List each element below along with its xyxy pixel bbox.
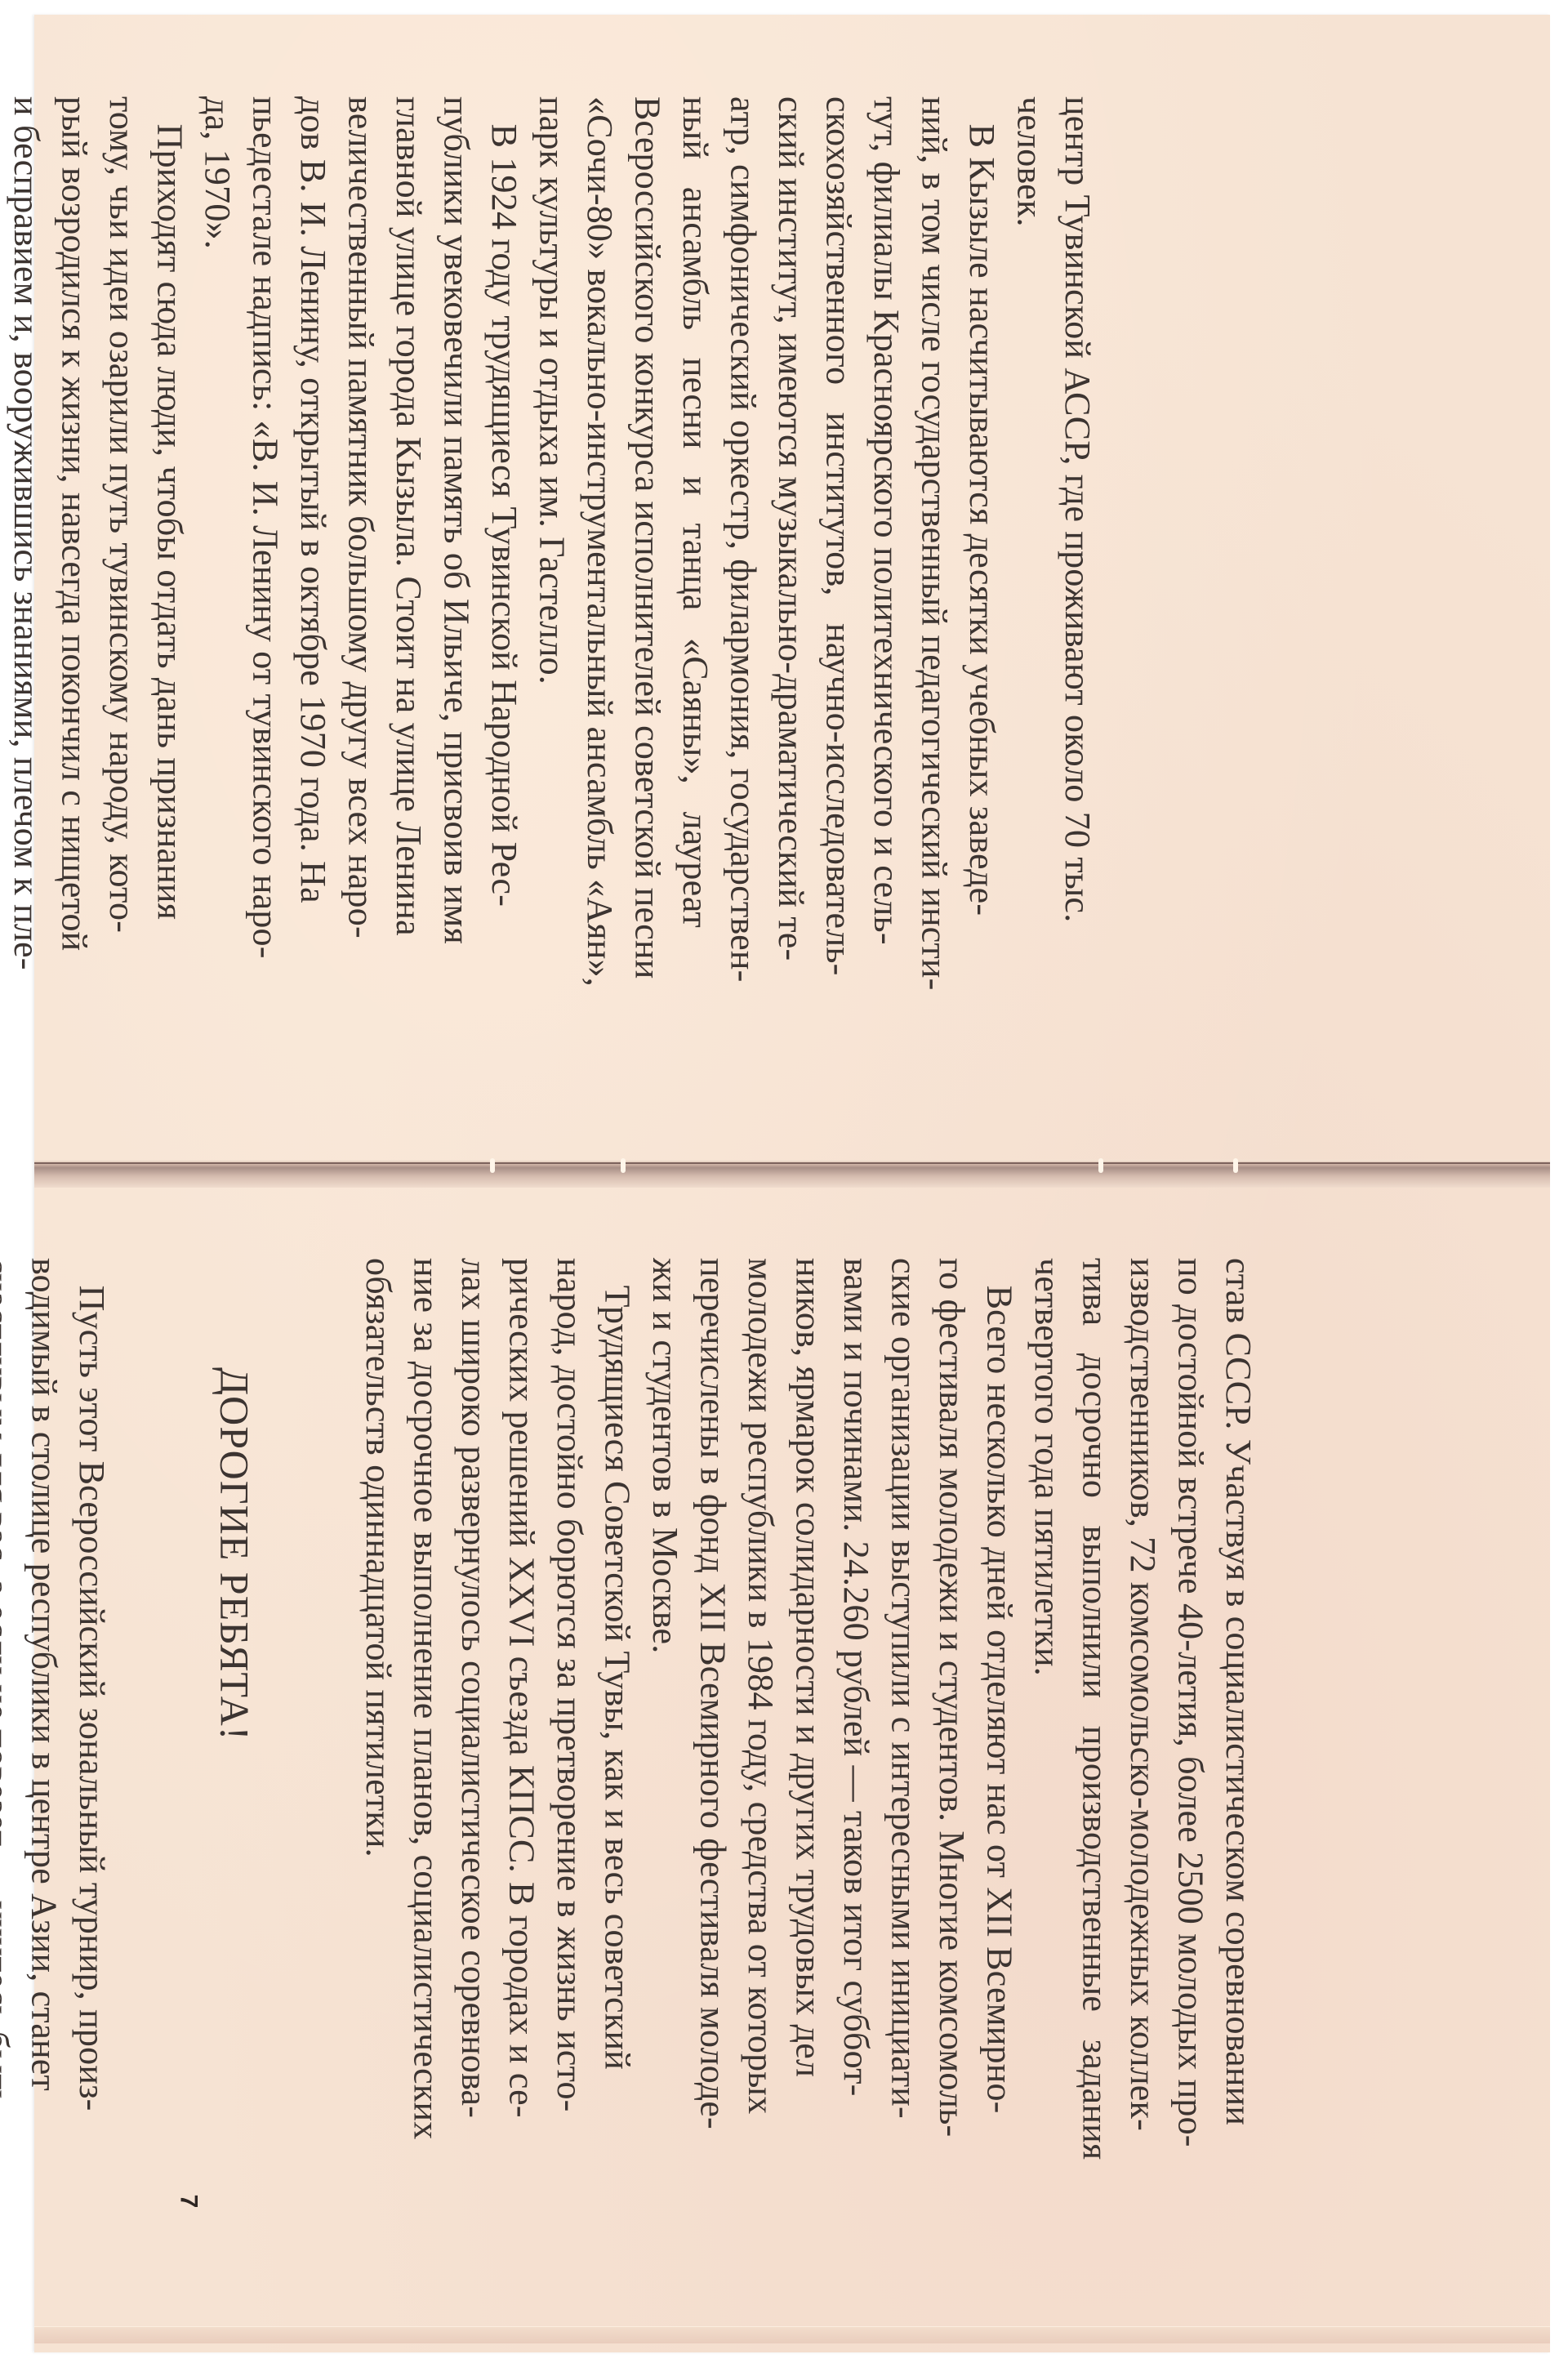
fold-crease	[34, 1162, 1550, 1164]
text-line: атр, симфонический оркестр, филармония, …	[719, 96, 767, 990]
text-line: молодежи республики в 1984 году, средств…	[737, 1258, 785, 2160]
text-line: Всего несколько дней отделяют нас от XII…	[975, 1258, 1023, 2160]
text-line: ский институт, имеются музыкально-драмат…	[767, 96, 815, 990]
text-line: ный ансамбль песни и танца «Саяны», лаур…	[671, 96, 719, 990]
text-line: по достойной встрече 40-летия, более 250…	[1166, 1258, 1214, 2160]
text-line: величественный памятник большому другу в…	[336, 96, 385, 990]
page-bottom-text: став СССР. Участвуя в социалистическом с…	[0, 1258, 1357, 2160]
text-line: главной улице города Кызыла. Стоит на ул…	[385, 96, 433, 990]
page-edge	[34, 2326, 1550, 2343]
text-line: тому, чьи идеи озарили путь тувинскому н…	[98, 96, 146, 990]
text-line: парк культуры и отдыха им. Гастелло.	[528, 96, 576, 990]
text-line: ские организации выступили с интересными…	[880, 1258, 928, 2160]
page-number: 7	[174, 2195, 202, 2209]
text-line: ников, ярмарок солидарности и других тру…	[784, 1258, 832, 2160]
text-line: тут, филиалы Красноярского политехническ…	[862, 96, 911, 990]
text-line: В 1924 году трудящиеся Тувинской Народно…	[480, 96, 528, 990]
staple-mark	[1233, 1158, 1238, 1173]
staple-mark	[621, 1158, 626, 1173]
text-line: рических решений XXVI съезда КПСС. В гор…	[497, 1258, 546, 2160]
text-line: перечислены в фонд XII Всемирного фестив…	[688, 1258, 737, 2160]
text-line: четвертого года пятилетки.	[1023, 1258, 1071, 2160]
page-top-body: центр Тувинской АССР, где проживают окол…	[0, 96, 1101, 990]
text-line: ний, в том числе государственный педагог…	[910, 96, 958, 990]
text-line: го фестиваля молодежи и студентов. Многи…	[928, 1258, 976, 2160]
text-line: став СССР. Участвуя в социалистическом с…	[1214, 1258, 1263, 2160]
text-line: В Кызыле насчитываются десятки учебных з…	[958, 96, 1006, 990]
text-line: народ, достойно борются за претворение в…	[546, 1258, 594, 2160]
text-line: вами и починами. 24.260 рублей — таков и…	[832, 1258, 880, 2160]
page-top-text: центр Тувинской АССР, где проживают окол…	[0, 96, 1196, 990]
text-line: жи и студентов в Москве.	[641, 1258, 689, 2160]
center-fold	[34, 1160, 1550, 1188]
text-line: Трудящиеся Советской Тувы, как и весь со…	[593, 1258, 641, 2160]
text-line: ние за досрочное выполнение планов, соци…	[402, 1258, 450, 2160]
text-line: «Сочи-80» вокально-инструментальный анса…	[576, 96, 624, 990]
text-line: чу со всеми народами Страны Советов увер…	[0, 96, 2, 990]
text-line: счастливым для вас, а если не повезет — …	[0, 1258, 20, 2160]
appeal-heading: ДОРОГИЕ РЕБЯТА!	[211, 1289, 259, 2127]
text-line: дов В. И. Ленину, открытый в октябре 197…	[289, 96, 337, 990]
text-line: тива досрочно выполнили производственные…	[1071, 1258, 1119, 2160]
text-line: рый возродился к жизни, навсегда покончи…	[50, 96, 98, 990]
text-line: центр Тувинской АССР, где проживают окол…	[1053, 96, 1102, 990]
text-line: публики увековечили память об Ильиче, пр…	[432, 96, 480, 990]
text-line: да, 1970».	[194, 96, 242, 990]
text-line: изводственников, 72 комсомольско-молодеж…	[1119, 1258, 1167, 2160]
text-line: и бесправием и, вооружившись знаниями, п…	[2, 96, 51, 990]
staple-mark	[490, 1158, 495, 1173]
text-line: пьедестале надпись: «В. И. Ленину от тув…	[241, 96, 289, 990]
text-line: Всероссийского конкурса исполнителей сов…	[623, 96, 671, 990]
text-line: скохозяйственного институтов, научно-исс…	[814, 96, 862, 990]
text-line: лах широко развернулось социалистическое…	[450, 1258, 498, 2160]
text-line: Пусть этот Всероссийский зональный турни…	[68, 1258, 116, 2160]
appeal-paragraph: Пусть этот Всероссийский зональный турни…	[0, 1258, 115, 2160]
text-line: обязательств одиннадцатой пятилетки.	[354, 1258, 403, 2160]
text-line: водимый в столице республики в центре Аз…	[20, 1258, 68, 2160]
text-line: Приходят сюда люди, чтобы отдать дань пр…	[145, 96, 194, 990]
staple-mark	[1098, 1158, 1103, 1173]
page-bottom-body: став СССР. Участвуя в социалистическом с…	[354, 1258, 1263, 2160]
text-line: человек.	[1005, 96, 1053, 990]
